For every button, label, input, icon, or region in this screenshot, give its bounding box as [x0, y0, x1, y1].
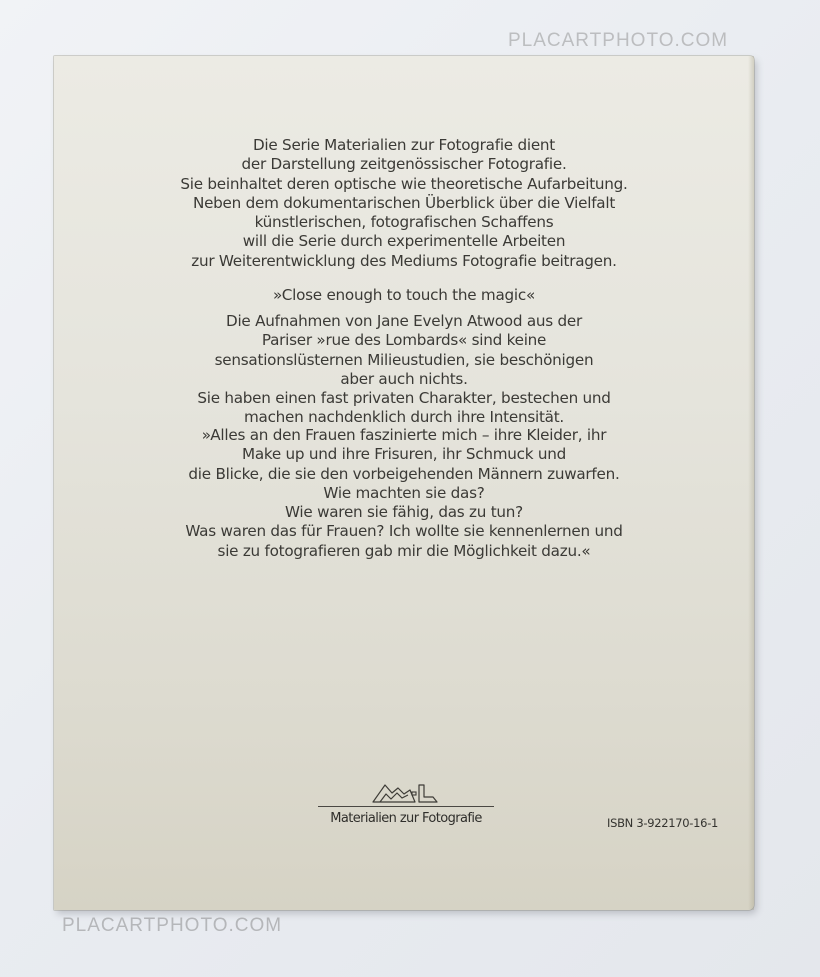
description-line: Sie haben einen fast privaten Charakter,… — [54, 389, 754, 408]
intro-line: zur Weiterentwicklung des Mediums Fotogr… — [54, 252, 754, 271]
quote-title: »Close enough to touch the magic« — [54, 286, 754, 305]
intro-line: Die Serie Materialien zur Fotografie die… — [54, 136, 754, 155]
quote-line: Was waren das für Frauen? Ich wollte sie… — [54, 522, 754, 541]
mal-publisher-logo-icon — [371, 782, 441, 804]
quote-line: »Alles an den Frauen faszinierte mich – … — [54, 426, 754, 445]
intro-line: will die Serie durch experimentelle Arbe… — [54, 232, 754, 251]
publisher-logo: Materialien zur Fotografie — [318, 782, 494, 826]
isbn-number: ISBN 3-922170-16-1 — [607, 816, 718, 830]
book-description: Die Aufnahmen von Jane Evelyn Atwood aus… — [54, 312, 754, 428]
book-title-quote: »Close enough to touch the magic« — [54, 286, 754, 305]
description-line: machen nachdenklich durch ihre Intensitä… — [54, 408, 754, 427]
description-line: Die Aufnahmen von Jane Evelyn Atwood aus… — [54, 312, 754, 331]
intro-line: Sie beinhaltet deren optische wie theore… — [54, 175, 754, 194]
description-line: sensationslüsternen Milieustudien, sie b… — [54, 351, 754, 370]
quote-line: Make up und ihre Frisuren, ihr Schmuck u… — [54, 445, 754, 464]
logo-divider — [318, 806, 494, 807]
quote-line: die Blicke, die sie den vorbeigehenden M… — [54, 465, 754, 484]
book-back-cover: Die Serie Materialien zur Fotografie die… — [54, 56, 754, 910]
quote-line: Wie waren sie fähig, das zu tun? — [54, 503, 754, 522]
series-description: Die Serie Materialien zur Fotografie die… — [54, 136, 754, 271]
description-line: Pariser »rue des Lombards« sind keine — [54, 331, 754, 350]
series-name: Materialien zur Fotografie — [318, 811, 494, 826]
description-line: aber auch nichts. — [54, 370, 754, 389]
intro-line: der Darstellung zeitgenössischer Fotogra… — [54, 155, 754, 174]
quote-line: sie zu fotografieren gab mir die Möglich… — [54, 542, 754, 561]
intro-line: Neben dem dokumentarischen Überblick übe… — [54, 194, 754, 213]
watermark-top: PLACARTPHOTO.COM — [508, 30, 728, 52]
quote-line: Wie machten sie das? — [54, 484, 754, 503]
photographer-quote: »Alles an den Frauen faszinierte mich – … — [54, 426, 754, 561]
intro-line: künstlerischen, fotografischen Schaffens — [54, 213, 754, 232]
watermark-bottom: PLACARTPHOTO.COM — [62, 915, 282, 937]
